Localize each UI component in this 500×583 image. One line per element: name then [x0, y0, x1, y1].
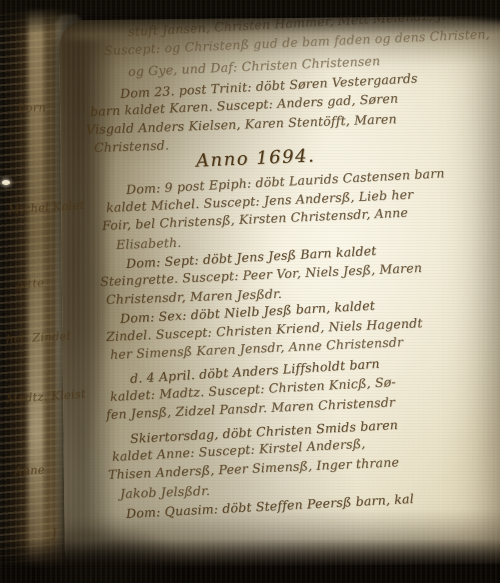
year-heading: Anno 1694. — [196, 145, 316, 171]
margin-note: Madtz. Kleist — [6, 386, 87, 406]
margin-note: Michel Kalet — [8, 198, 85, 217]
manuscript-line: Elisabeth. — [116, 235, 182, 252]
margin-note: hel. Zindel — [6, 329, 71, 346]
margin-note: born — [18, 100, 46, 115]
bottom-left-dark-corner — [40, 521, 190, 583]
manuscript-line: Jakob Jelsßdr. — [120, 483, 211, 501]
manuscript-photo: Anno 1694. stuft Jansen, Christen Hammer… — [0, 0, 500, 583]
top-dark-edge — [0, 0, 500, 34]
handwriting-layer: Anno 1694. stuft Jansen, Christen Hammer… — [0, 0, 500, 583]
margin-note: gitte — [16, 276, 45, 291]
margin-note: Anne — [14, 462, 45, 478]
manuscript-line: Christensd. — [94, 137, 170, 155]
